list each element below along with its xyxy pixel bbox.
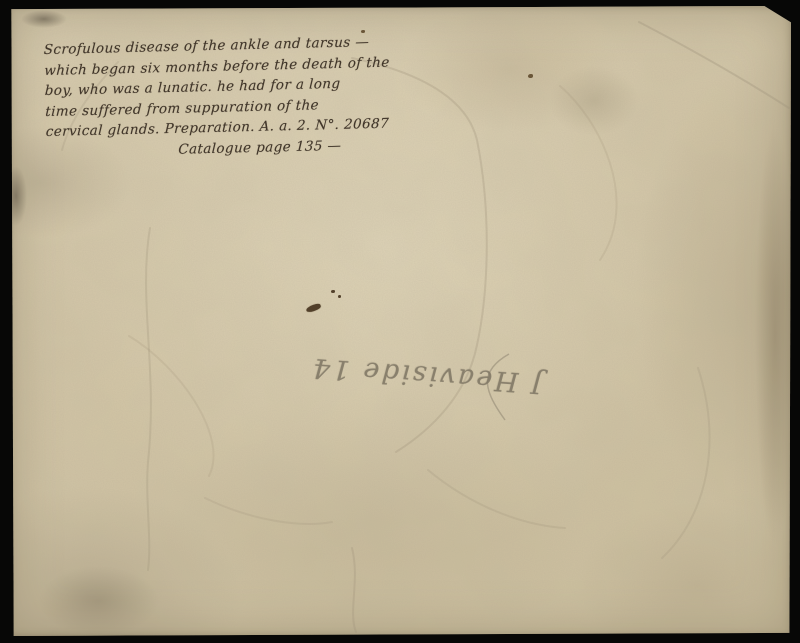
pencil-inscription: J Heaviside 14 — [256, 348, 543, 399]
stain-top-center — [549, 66, 639, 136]
stain-right-edge — [755, 126, 795, 546]
stain-left-edge — [5, 166, 27, 226]
foxing-spot — [528, 74, 533, 78]
ink-blot — [305, 303, 321, 313]
stain-top-left — [21, 10, 67, 28]
ink-speck — [338, 295, 341, 298]
photograph-background: Scrofulous disease of the ankle and tars… — [0, 0, 800, 643]
catalogue-line: Catalogue page 135 — — [178, 134, 377, 159]
ink-speck — [331, 290, 335, 293]
ink-inscription: Scrofulous disease of the ankle and tars… — [44, 32, 377, 163]
stain-bottom-left — [39, 566, 159, 636]
paper-sheet: Scrofulous disease of the ankle and tars… — [9, 6, 791, 636]
